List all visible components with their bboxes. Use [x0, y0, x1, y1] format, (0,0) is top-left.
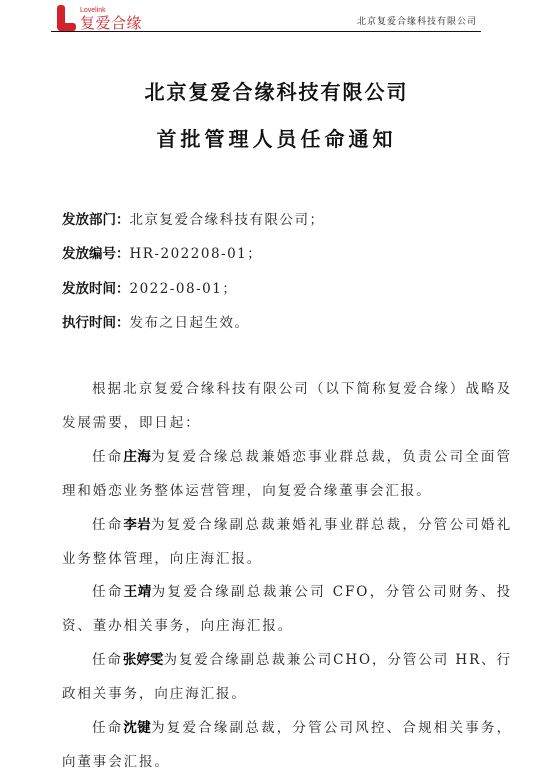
- meta-document-number: 发放编号：HR-202208-01；: [62, 248, 262, 262]
- appointment-prefix: 任命: [92, 652, 123, 668]
- appointee-name: 李岩: [123, 517, 151, 533]
- meta-value: 北京复爱合缘科技有限公司；: [130, 212, 325, 228]
- appointee-name: 张婷雯: [123, 652, 164, 668]
- meta-label: 执行时间：: [62, 315, 130, 331]
- appointment-prefix: 任命: [92, 517, 123, 533]
- page-header: Lovelink 复爱合缘 北京复爱合缘科技有限公司: [51, 0, 481, 32]
- appointment-prefix: 任命: [92, 449, 123, 465]
- company-logo: Lovelink 复爱合缘: [57, 3, 142, 31]
- appointee-name: 庄海: [123, 449, 151, 465]
- document-title: 北京复爱合缘科技有限公司: [0, 76, 553, 105]
- meta-label: 发放编号：: [62, 246, 130, 262]
- document-subtitle: 首批管理人员任命通知: [0, 123, 553, 152]
- meta-value: HR-202208-01；: [130, 246, 263, 262]
- meta-label: 发放时间：: [62, 281, 130, 297]
- appointment-paragraph: 任命张婷雯为复爱合缘副总裁兼公司CHO，分管公司 HR、行政相关事务，向庄海汇报…: [62, 643, 512, 711]
- meta-value: 发布之日起生效。: [130, 315, 250, 331]
- logo-chinese-text: 复爱合缘: [80, 16, 142, 31]
- appointment-prefix: 任命: [92, 584, 124, 600]
- lovelink-l-logo-icon: [57, 5, 76, 31]
- appointment-paragraph: 任命庄海为复爱合缘总裁兼婚恋事业群总裁，负责公司全面管理和婚恋业务整体运营管理，…: [62, 440, 512, 508]
- meta-effective-date: 执行时间：发布之日起生效。: [62, 317, 250, 331]
- meta-value: 2022-08-01；: [130, 281, 238, 297]
- appointee-name: 王靖: [124, 584, 152, 600]
- appointment-prefix: 任命: [92, 720, 123, 736]
- meta-label: 发放部门：: [62, 212, 130, 228]
- appointment-paragraph: 任命沈键为复爱合缘副总裁，分管公司风控、合规相关事务，向董事会汇报。: [62, 711, 512, 773]
- meta-issue-date: 发放时间：2022-08-01；: [62, 283, 237, 297]
- appointment-paragraph: 任命李岩为复爱合缘副总裁兼婚礼事业群总裁，分管公司婚礼业务整体管理，向庄海汇报。: [62, 508, 512, 576]
- appointee-name: 沈键: [123, 720, 151, 736]
- intro-paragraph: 根据北京复爱合缘科技有限公司（以下简称复爱合缘）战略及发展需要，即日起：: [62, 372, 512, 440]
- meta-issuing-department: 发放部门：北京复爱合缘科技有限公司；: [62, 214, 325, 228]
- logo-english-text: Lovelink: [80, 7, 142, 14]
- appointment-paragraph: 任命王靖为复爱合缘副总裁兼公司 CFO，分管公司财务、投资、董办相关事务，向庄海…: [62, 575, 512, 643]
- header-company-name: 北京复爱合缘科技有限公司: [357, 14, 477, 27]
